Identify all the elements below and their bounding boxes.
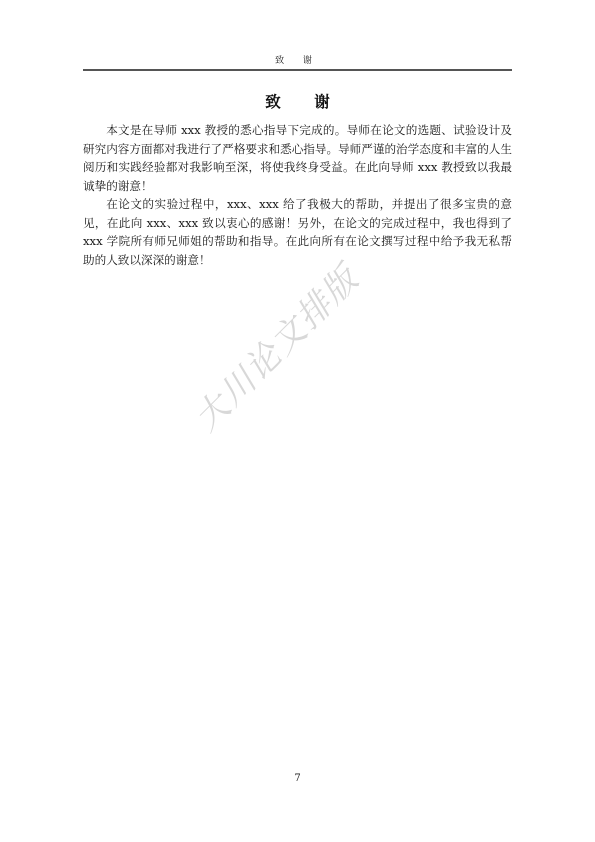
watermark: 大川论文排版 bbox=[181, 252, 368, 439]
running-header: 致 谢 bbox=[83, 55, 512, 67]
page-number: 7 bbox=[0, 773, 595, 784]
paragraph-advisor-thanks: 本文是在导师 xxx 教授的悉心指导下完成的。导师在论文的选题、试验设计及研究内… bbox=[83, 121, 512, 195]
body-text: 本文是在导师 xxx 教授的悉心指导下完成的。导师在论文的选题、试验设计及研究内… bbox=[83, 121, 512, 269]
document-page: 致 谢 致 谢 本文是在导师 xxx 教授的悉心指导下完成的。导师在论文的选题、… bbox=[0, 0, 595, 842]
page-title: 致 谢 bbox=[83, 92, 512, 112]
header-rule bbox=[83, 69, 512, 71]
paragraph-colleagues-thanks: 在论文的实验过程中，xxx、xxx 给了我极大的帮助，并提出了很多宝贵的意见，在… bbox=[83, 195, 512, 269]
